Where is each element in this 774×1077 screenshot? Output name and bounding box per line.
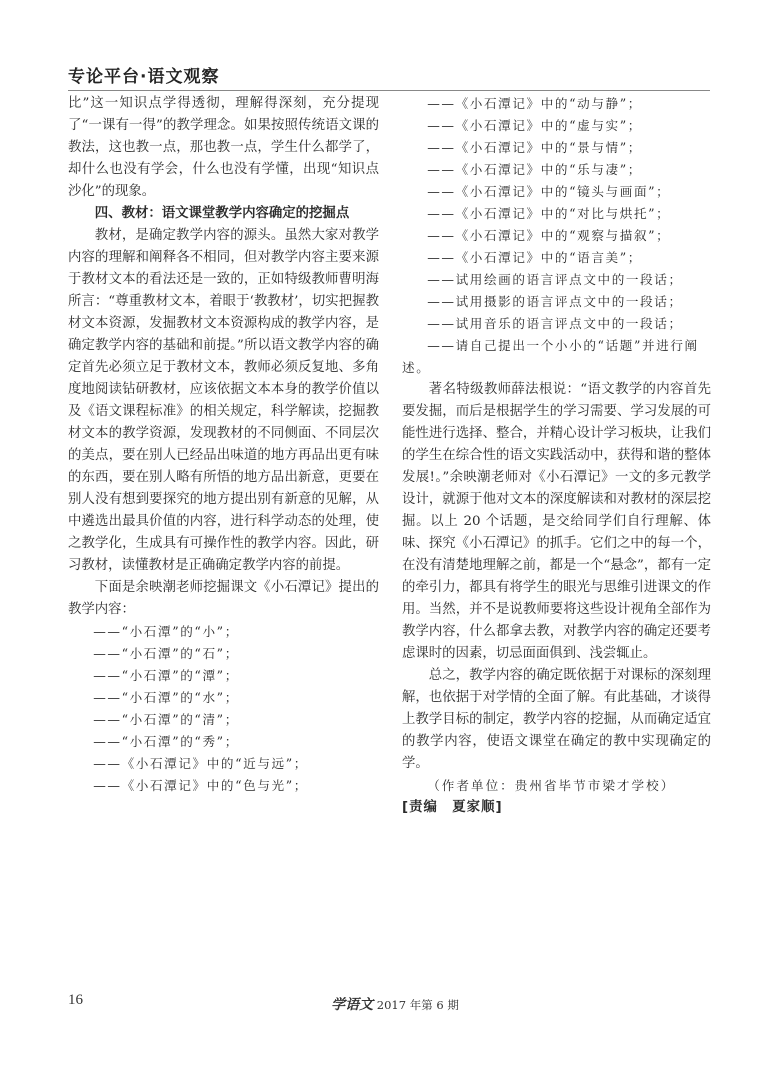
paragraph: 著名特级教师薛法根说：“语文教学的内容首先要发掘，而后是根据学生的学习需要、学习… — [402, 379, 711, 665]
list-item: ——《小石潭记》中的“镜头与画面”； — [402, 181, 711, 203]
list-item: ——“小石潭”的“潭”； — [68, 665, 379, 687]
list-item: ——《小石潭记》中的“色与光”； — [68, 775, 379, 797]
list-item: ——《小石潭记》中的“对比与烘托”； — [402, 203, 711, 225]
list-item: ——《小石潭记》中的“观察与描叙”； — [402, 225, 711, 247]
paragraph: 总之，教学内容的确定既依据于对课标的深刻理解，也依据于对学情的全面了解。有此基础… — [402, 665, 711, 775]
list-item: ——《小石潭记》中的“虚与实”； — [402, 115, 711, 137]
list-item: ——“小石潭”的“清”； — [68, 709, 379, 731]
journal-name: 学语文 — [331, 997, 373, 1013]
paragraph: 下面是余映潮老师挖掘课文《小石潭记》提出的教学内容： — [68, 577, 379, 621]
section-header-title: 专论平台·语文观察 — [68, 62, 219, 87]
journal-issue: 2017 年第 6 期 — [377, 998, 459, 1012]
list-item: ——《小石潭记》中的“近与远”； — [68, 753, 379, 775]
right-column: ——《小石潭记》中的“动与静”； ——《小石潭记》中的“虚与实”； ——《小石潭… — [402, 93, 711, 819]
paragraph: 教材，是确定教学内容的源头。虽然大家对教学内容的理解和阐释各不相同，但对教学内容… — [68, 225, 379, 577]
left-column: 比”这一知识点学得透彻，理解得深刻，充分提现了“一课有一得”的教学理念。如果按照… — [68, 93, 379, 797]
section-heading: 四、教材：语文课堂教学内容确定的挖掘点 — [68, 203, 379, 225]
header-divider — [68, 90, 710, 91]
list-item: ——“小石潭”的“石”； — [68, 643, 379, 665]
list-item: ——《小石潭记》中的“语言美”； — [402, 247, 711, 269]
list-item: ——《小石潭记》中的“景与情”； — [402, 137, 711, 159]
paragraph-continued: 比”这一知识点学得透彻，理解得深刻，充分提现了“一课有一得”的教学理念。如果按照… — [68, 93, 379, 203]
page-number: 16 — [68, 992, 83, 1009]
list-item: ——请自己提出一个小小的“话题”并进行阐 — [402, 335, 711, 357]
list-item: ——“小石潭”的“水”； — [68, 687, 379, 709]
teaching-content-list: ——“小石潭”的“小”； ——“小石潭”的“石”； ——“小石潭”的“潭”； —… — [68, 621, 379, 797]
list-item-continuation: 述。 — [402, 357, 711, 379]
list-item: ——试用音乐的语言评点文中的一段话； — [402, 313, 711, 335]
list-item: ——《小石潭记》中的“动与静”； — [402, 93, 711, 115]
list-item: ——“小石潭”的“秀”； — [68, 731, 379, 753]
list-item: ——“小石潭”的“小”； — [68, 621, 379, 643]
journal-footer: 学语文 2017 年第 6 期 — [275, 994, 515, 1014]
teaching-content-list-continued: ——《小石潭记》中的“动与静”； ——《小石潭记》中的“虚与实”； ——《小石潭… — [402, 93, 711, 379]
author-affiliation: （作者单位：贵州省毕节市梁才学校） — [402, 775, 711, 797]
responsible-editor: [责编 夏家顺] — [402, 797, 711, 819]
list-item: ——试用摄影的语言评点文中的一段话； — [402, 291, 711, 313]
list-item: ——试用绘画的语言评点文中的一段话； — [402, 269, 711, 291]
list-item: ——《小石潭记》中的“乐与凄”； — [402, 159, 711, 181]
